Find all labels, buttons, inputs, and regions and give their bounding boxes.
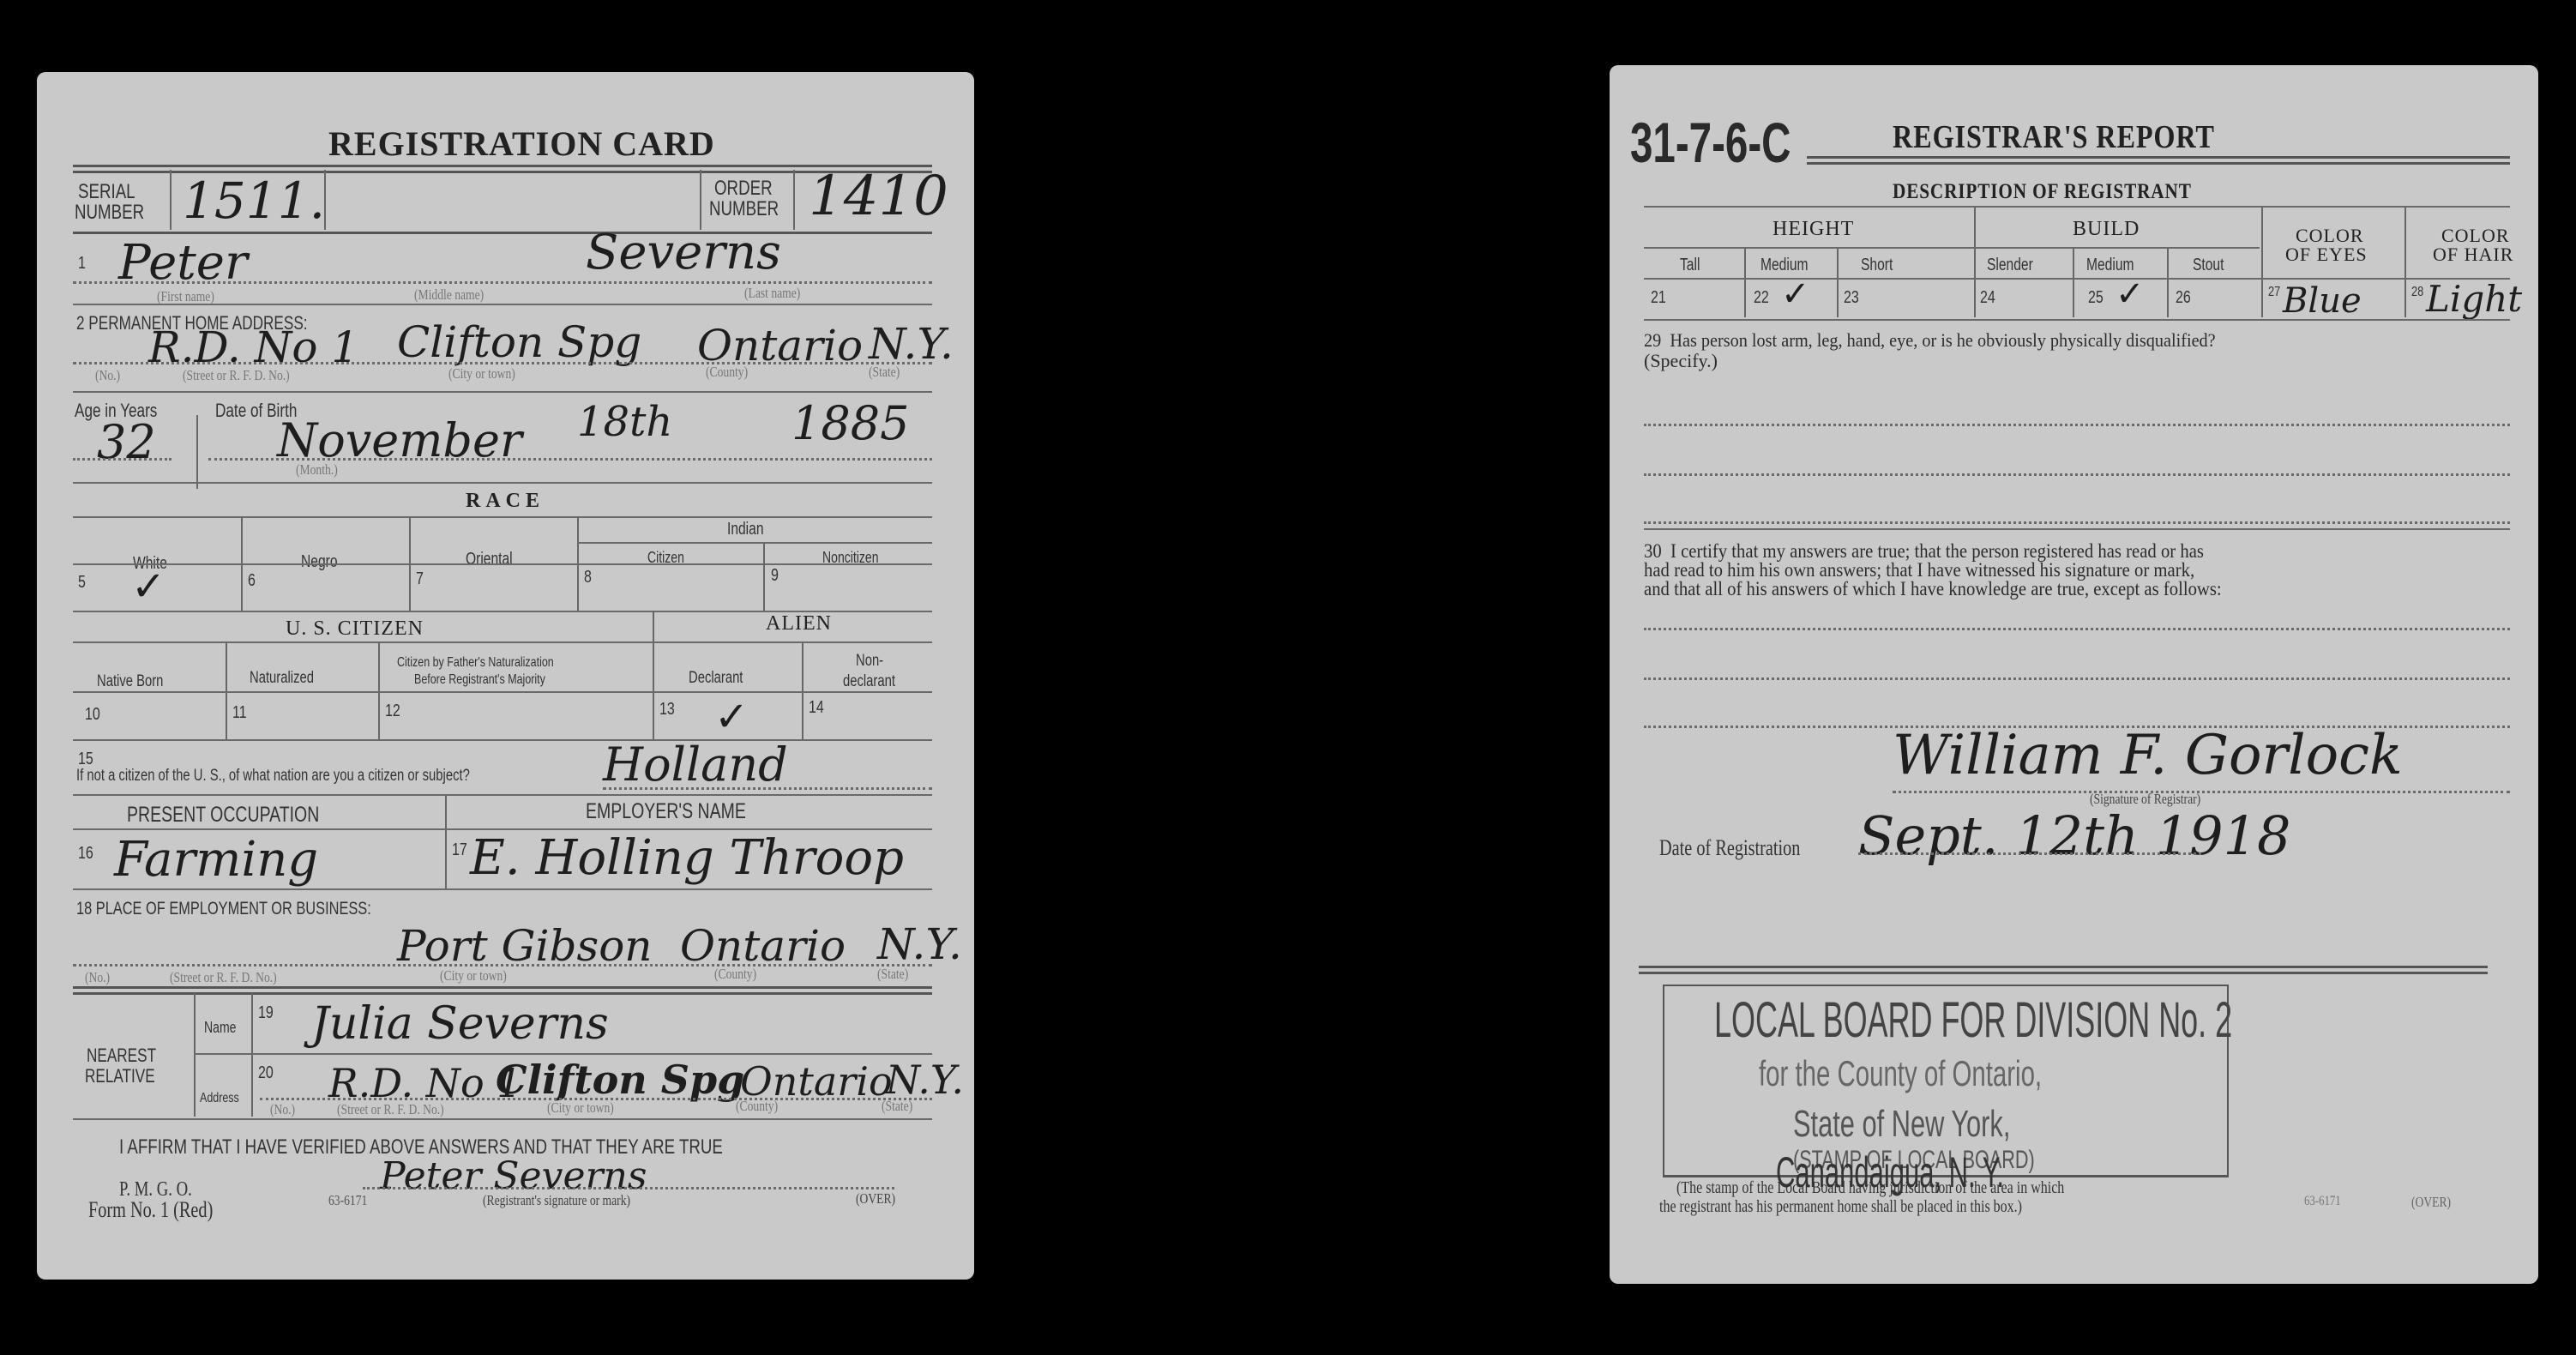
divider bbox=[226, 641, 227, 739]
eyes-value: Blue bbox=[2283, 281, 2362, 321]
employment-dotted-line bbox=[73, 964, 932, 967]
fathers-naturalization-label-1: Citizen by Father's Naturalization bbox=[397, 655, 554, 671]
dob-year-value: 1885 bbox=[791, 396, 909, 450]
nation-value: Holland bbox=[603, 738, 788, 792]
serial-number-value: 1511. bbox=[183, 172, 325, 230]
height-short-label: Short bbox=[1861, 256, 1893, 275]
declarant-label: Declarant bbox=[689, 669, 743, 688]
height-tall-number: 21 bbox=[1651, 288, 1666, 308]
middle-name-caption: (Middle name) bbox=[414, 286, 484, 304]
hair-number: 28 bbox=[2411, 285, 2423, 300]
q30-line-3: and that all of his answers of which I h… bbox=[1644, 576, 2222, 602]
build-slender-label: Slender bbox=[1987, 256, 2033, 275]
height-medium-number: 22 bbox=[1754, 288, 1769, 308]
order-number-value: 1410 bbox=[809, 165, 948, 228]
build-medium-number: 25 bbox=[2088, 288, 2104, 308]
employment-caption-city: (City or town) bbox=[440, 967, 507, 985]
relative-name-value: Julia Severns bbox=[311, 998, 609, 1050]
nondeclarant-label-1: Non- bbox=[856, 652, 883, 671]
q29-text: 29 Has person lost arm, leg, hand, eye, … bbox=[1644, 328, 2216, 353]
dob-dotted-line bbox=[73, 458, 172, 461]
over-label: (OVER) bbox=[856, 1190, 895, 1207]
signature-caption: (Registrant's signature or mark) bbox=[483, 1192, 630, 1209]
employment-caption-no: (No.) bbox=[85, 969, 110, 986]
dob-dotted-line bbox=[208, 458, 932, 461]
relative-name-label: Name bbox=[204, 1019, 236, 1037]
divider bbox=[445, 794, 447, 888]
divider bbox=[324, 170, 326, 230]
native-born-number: 10 bbox=[85, 705, 100, 725]
relative-address-state: N.Y. bbox=[886, 1057, 964, 1103]
address-dotted-line bbox=[73, 362, 932, 364]
dob-day-value: 18th bbox=[577, 398, 672, 446]
height-medium-label: Medium bbox=[1760, 256, 1808, 275]
q29-question: Has person lost arm, leg, hand, eye, or … bbox=[1670, 329, 2215, 351]
stamp-line-2: for the County of Ontario, bbox=[1759, 1053, 2042, 1094]
nearest-relative-label-2: RELATIVE bbox=[85, 1065, 155, 1087]
q30-dotted-line-2 bbox=[1644, 677, 2510, 680]
serial-number-label-2: NUMBER bbox=[75, 201, 144, 225]
q20-number: 20 bbox=[258, 1063, 274, 1083]
q19-number: 19 bbox=[258, 1003, 274, 1023]
build-stout-label: Stout bbox=[2193, 256, 2224, 275]
divider bbox=[378, 641, 380, 739]
rule bbox=[1644, 206, 2510, 208]
registration-card-title: REGISTRATION CARD bbox=[328, 123, 715, 164]
rule bbox=[73, 391, 932, 393]
divider bbox=[2167, 249, 2169, 317]
build-stout-number: 26 bbox=[2176, 288, 2191, 308]
rule bbox=[73, 563, 932, 565]
build-medium-label: Medium bbox=[2086, 256, 2134, 275]
race-oriental-number: 7 bbox=[416, 569, 424, 589]
rule bbox=[73, 739, 932, 741]
rule bbox=[73, 1118, 932, 1120]
race-white-checkmark: ✓ bbox=[131, 563, 166, 611]
nation-dotted-line bbox=[603, 787, 932, 790]
build-medium-checkmark: ✓ bbox=[2116, 274, 2145, 314]
eyes-number: 27 bbox=[2268, 285, 2280, 300]
order-number-label-2: NUMBER bbox=[709, 197, 779, 221]
title-rule bbox=[1807, 156, 2510, 165]
q16-number: 16 bbox=[78, 844, 93, 864]
employer-value: E. Holling Throop bbox=[470, 830, 904, 886]
height-short-number: 23 bbox=[1844, 288, 1859, 308]
over-label: (OVER) bbox=[2411, 1194, 2451, 1211]
rule bbox=[1644, 278, 2510, 280]
relative-address-city: Clifton Spg bbox=[496, 1057, 744, 1103]
race-white-number: 5 bbox=[78, 573, 86, 593]
divider bbox=[1837, 249, 1839, 317]
build-label: BUILD bbox=[2073, 218, 2140, 241]
registrar-signature: William F. Gorlock bbox=[1893, 724, 2403, 787]
employment-state: N.Y. bbox=[877, 919, 962, 969]
registration-date-value: Sept. 12th 1918 bbox=[1858, 804, 2290, 867]
alien-title: ALIEN bbox=[766, 612, 832, 635]
race-indian-citizen-number: 8 bbox=[584, 568, 592, 587]
divider bbox=[2404, 208, 2406, 317]
stamp-note-line-1: (The stamp of the Local Board having jur… bbox=[1676, 1178, 2064, 1198]
rule bbox=[73, 232, 932, 234]
us-citizen-title: U. S. CITIZEN bbox=[286, 617, 424, 641]
q29-specify: (Specify.) bbox=[1644, 348, 1718, 374]
rule bbox=[1644, 319, 2510, 321]
race-negro-number: 6 bbox=[248, 571, 256, 591]
declarant-number: 13 bbox=[659, 700, 675, 720]
relative-address-label: Address bbox=[200, 1091, 239, 1106]
description-title: DESCRIPTION OF REGISTRANT bbox=[1893, 180, 2192, 204]
q17-number: 17 bbox=[452, 840, 467, 860]
race-indian-noncitizen-number: 9 bbox=[771, 566, 779, 586]
address-caption-no: (No.) bbox=[95, 367, 120, 384]
race-title: RACE bbox=[466, 490, 545, 513]
nondeclarant-label-2: declarant bbox=[843, 672, 895, 691]
age-value: 32 bbox=[97, 415, 156, 469]
stamp-line-1: LOCAL BOARD FOR DIVISION No. 2 bbox=[1714, 991, 2232, 1049]
divider bbox=[194, 993, 196, 1117]
registrars-report-title: REGISTRAR'S REPORT bbox=[1893, 118, 2215, 156]
relative-caption-state: (State) bbox=[882, 1098, 912, 1115]
divider bbox=[170, 170, 172, 230]
rule bbox=[73, 516, 932, 518]
registrar-signature-dotted-line bbox=[1893, 791, 2510, 793]
home-address-city: Clifton Spg bbox=[397, 317, 641, 367]
registration-card: REGISTRATION CARD SERIAL NUMBER 1511. OR… bbox=[37, 72, 974, 1280]
nondeclarant-number: 14 bbox=[809, 698, 824, 718]
native-born-label: Native Born bbox=[97, 672, 163, 691]
form-code: 63-6171 bbox=[2304, 1194, 2341, 1209]
rule bbox=[1639, 966, 2488, 974]
q1-number: 1 bbox=[78, 254, 86, 274]
employment-place-label: 18 PLACE OF EMPLOYMENT OR BUSINESS: bbox=[76, 899, 371, 919]
race-negro-label: Negro bbox=[301, 552, 337, 572]
height-tall-label: Tall bbox=[1680, 256, 1700, 275]
rule bbox=[73, 888, 932, 890]
divider bbox=[2073, 249, 2074, 317]
divider bbox=[1744, 249, 1746, 317]
divider bbox=[763, 542, 765, 611]
fathers-naturalization-label-2: Before Registrant's Majority bbox=[414, 672, 545, 688]
address-caption-city: (City or town) bbox=[448, 365, 515, 382]
divider bbox=[793, 170, 795, 230]
divider bbox=[1974, 208, 1976, 317]
last-name-caption: (Last name) bbox=[744, 285, 800, 302]
hair-value: Light bbox=[2426, 278, 2522, 320]
divider bbox=[653, 611, 654, 739]
home-address-street: R.D. No 1 bbox=[148, 322, 358, 372]
divider bbox=[802, 641, 803, 739]
occupation-label: PRESENT OCCUPATION bbox=[127, 803, 319, 828]
month-caption: (Month.) bbox=[296, 461, 338, 479]
q29-dotted-line-2 bbox=[1644, 473, 2510, 476]
signature-dotted-line bbox=[363, 1187, 894, 1189]
address-caption-street: (Street or R. F. D. No.) bbox=[183, 367, 290, 384]
relative-caption-no: (No.) bbox=[270, 1101, 295, 1118]
q29-dotted-line-3 bbox=[1644, 521, 2510, 524]
divider bbox=[700, 170, 701, 230]
first-name-caption: (First name) bbox=[157, 288, 214, 305]
registration-date-dotted-line bbox=[1858, 852, 2201, 855]
q30-dotted-line-1 bbox=[1644, 628, 2510, 630]
height-medium-checkmark: ✓ bbox=[1781, 274, 1810, 314]
relative-caption-city: (City or town) bbox=[547, 1099, 614, 1117]
build-slender-number: 24 bbox=[1980, 288, 1995, 308]
employer-label: EMPLOYER'S NAME bbox=[586, 799, 746, 824]
employment-caption-state: (State) bbox=[877, 966, 908, 983]
last-name-value: Severns bbox=[586, 225, 781, 280]
rule bbox=[73, 986, 932, 995]
rule bbox=[73, 691, 932, 693]
rule bbox=[73, 794, 932, 796]
form-number-label: Form No. 1 (Red) bbox=[88, 1197, 213, 1223]
naturalized-number: 11 bbox=[232, 703, 247, 723]
serial-code: 31-7-6-C bbox=[1630, 110, 1791, 175]
q15-label: If not a citizen of the U. S., of what n… bbox=[76, 767, 470, 786]
naturalized-label: Naturalized bbox=[250, 669, 314, 688]
eyes-label-2: OF EYES bbox=[2285, 244, 2368, 266]
rule bbox=[73, 304, 932, 305]
name-dotted-line bbox=[73, 281, 932, 284]
race-oriental-label: Oriental bbox=[466, 550, 513, 569]
rule bbox=[73, 482, 932, 484]
stamp-line-3: State of New York, bbox=[1793, 1103, 2010, 1146]
height-label: HEIGHT bbox=[1773, 218, 1854, 241]
rule bbox=[577, 542, 932, 544]
local-board-stamp-box: LOCAL BOARD FOR DIVISION No. 2 for the C… bbox=[1663, 985, 2229, 1177]
registrars-report-card: 31-7-6-C REGISTRAR'S REPORT DESCRIPTION … bbox=[1610, 65, 2538, 1284]
employment-caption-street: (Street or R. F. D. No.) bbox=[170, 969, 277, 986]
employment-caption-county: (County) bbox=[714, 966, 756, 983]
registration-date-label: Date of Registration bbox=[1659, 835, 1800, 861]
address-caption-state: (State) bbox=[869, 364, 900, 381]
stamp-note-line-2: the registrant has his permanent home sh… bbox=[1659, 1197, 2022, 1217]
divider bbox=[196, 415, 198, 489]
fathers-naturalization-number: 12 bbox=[385, 702, 400, 721]
hair-label-2: OF HAIR bbox=[2433, 244, 2513, 266]
rule bbox=[194, 1053, 932, 1055]
form-code: 63-6171 bbox=[328, 1192, 367, 1209]
declarant-checkmark: ✓ bbox=[714, 693, 749, 741]
rule bbox=[1644, 528, 2510, 530]
divider bbox=[2261, 208, 2263, 317]
q29-dotted-line-1 bbox=[1644, 424, 2510, 426]
address-caption-county: (County) bbox=[706, 364, 748, 381]
race-indian-label: Indian bbox=[727, 520, 764, 539]
occupation-value: Farming bbox=[114, 832, 318, 888]
relative-caption-county: (County) bbox=[736, 1098, 778, 1115]
nearest-relative-label-1: NEAREST bbox=[87, 1045, 156, 1067]
relative-caption-street: (Street or R. F. D. No.) bbox=[337, 1101, 444, 1118]
divider bbox=[251, 993, 253, 1117]
